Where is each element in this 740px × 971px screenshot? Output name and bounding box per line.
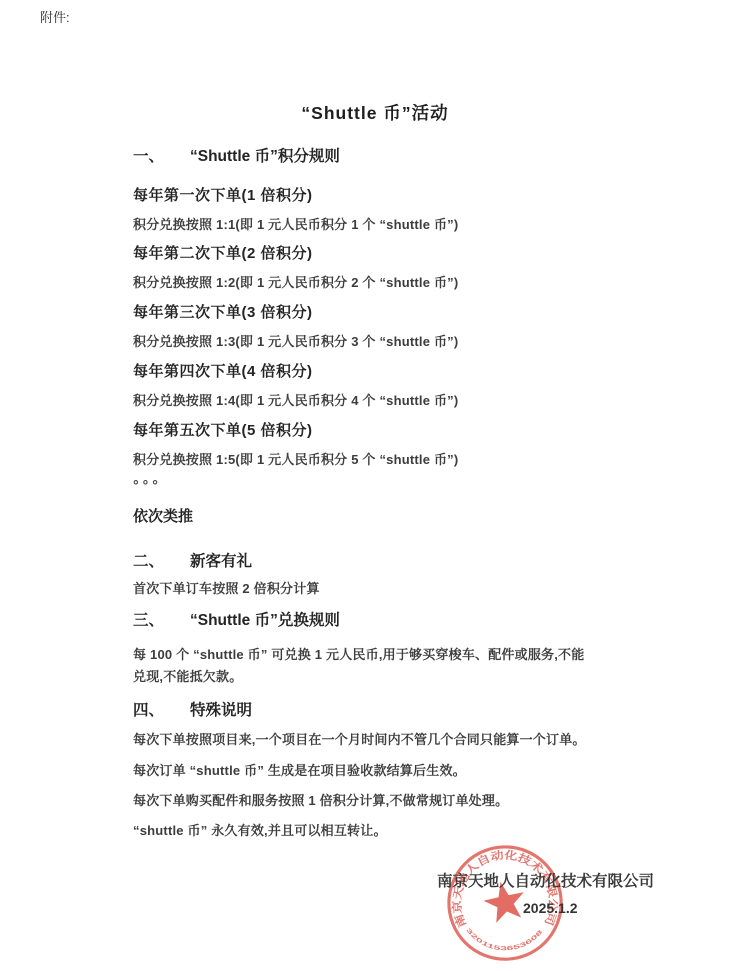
section1-heading: 一、“Shuttle 币”积分规则 — [133, 144, 340, 166]
section4-line4: “shuttle 币” 永久有效,并且可以相互转让。 — [133, 820, 387, 839]
seal-serial-number: 3201153653608 — [464, 927, 545, 952]
section2-number: 二、 — [133, 549, 190, 571]
section2-body: 首次下单订车按照 2 倍积分计算 — [133, 578, 320, 597]
ellipsis-marks: °°° — [133, 477, 162, 493]
signature-date: 2025.1.2 — [523, 900, 578, 916]
section4-line1: 每次下单按照项目来,一个项目在一个月时间内不管几个合同只能算一个订单。 — [133, 729, 586, 748]
rule2-heading: 每年第二次下单(2 倍积分) — [133, 242, 313, 263]
rule4-detail: 积分兑换按照 1:4(即 1 元人民币积分 4 个 “shuttle 币”) — [133, 390, 458, 409]
section1-number: 一、 — [133, 144, 190, 166]
section4-number: 四、 — [133, 698, 190, 720]
rule4-heading: 每年第四次下单(4 倍积分) — [133, 360, 313, 381]
section1-title: “Shuttle 币”积分规则 — [190, 148, 340, 165]
rule5-heading: 每年第五次下单(5 倍积分) — [133, 419, 313, 440]
document-title: “Shuttle 币”活动 — [130, 100, 620, 125]
section4-title: 特殊说明 — [190, 702, 252, 719]
section3-number: 三、 — [133, 608, 190, 630]
rule1-detail: 积分兑换按照 1:1(即 1 元人民币积分 1 个 “shuttle 币”) — [133, 214, 458, 233]
rule2-detail: 积分兑换按照 1:2(即 1 元人民币积分 2 个 “shuttle 币”) — [133, 272, 458, 291]
attachment-label: 附件: — [40, 7, 70, 26]
recursion-note: 依次类推 — [133, 505, 193, 526]
section4-line3: 每次下单购买配件和服务按照 1 倍积分计算,不做常规订单处理。 — [133, 790, 508, 809]
section2-title: 新客有礼 — [190, 553, 252, 570]
section3-body-line1: 每 100 个 “shuttle 币” 可兑换 1 元人民币,用于够买穿梭车、配… — [133, 644, 584, 663]
rule1-heading: 每年第一次下单(1 倍积分) — [133, 184, 313, 205]
section3-body-line2: 兑现,不能抵欠款。 — [133, 666, 242, 685]
rule5-detail: 积分兑换按照 1:5(即 1 元人民币积分 5 个 “shuttle 币”) — [133, 449, 458, 468]
rule3-detail: 积分兑换按照 1:3(即 1 元人民币积分 3 个 “shuttle 币”) — [133, 331, 458, 350]
rule3-heading: 每年第三次下单(3 倍积分) — [133, 301, 313, 322]
signature-company: 南京天地人自动化技术有限公司 — [437, 869, 654, 891]
section3-heading: 三、“Shuttle 币”兑换规则 — [133, 608, 340, 630]
document-page: 附件: “Shuttle 币”活动 一、“Shuttle 币”积分规则 每年第一… — [0, 0, 740, 971]
section4-heading: 四、特殊说明 — [133, 698, 252, 720]
section3-title: “Shuttle 币”兑换规则 — [190, 612, 340, 629]
svg-text:3201153653608: 3201153653608 — [464, 927, 545, 952]
section4-line2: 每次订单 “shuttle 币” 生成是在项目验收款结算后生效。 — [133, 760, 466, 779]
section2-heading: 二、新客有礼 — [133, 549, 252, 571]
